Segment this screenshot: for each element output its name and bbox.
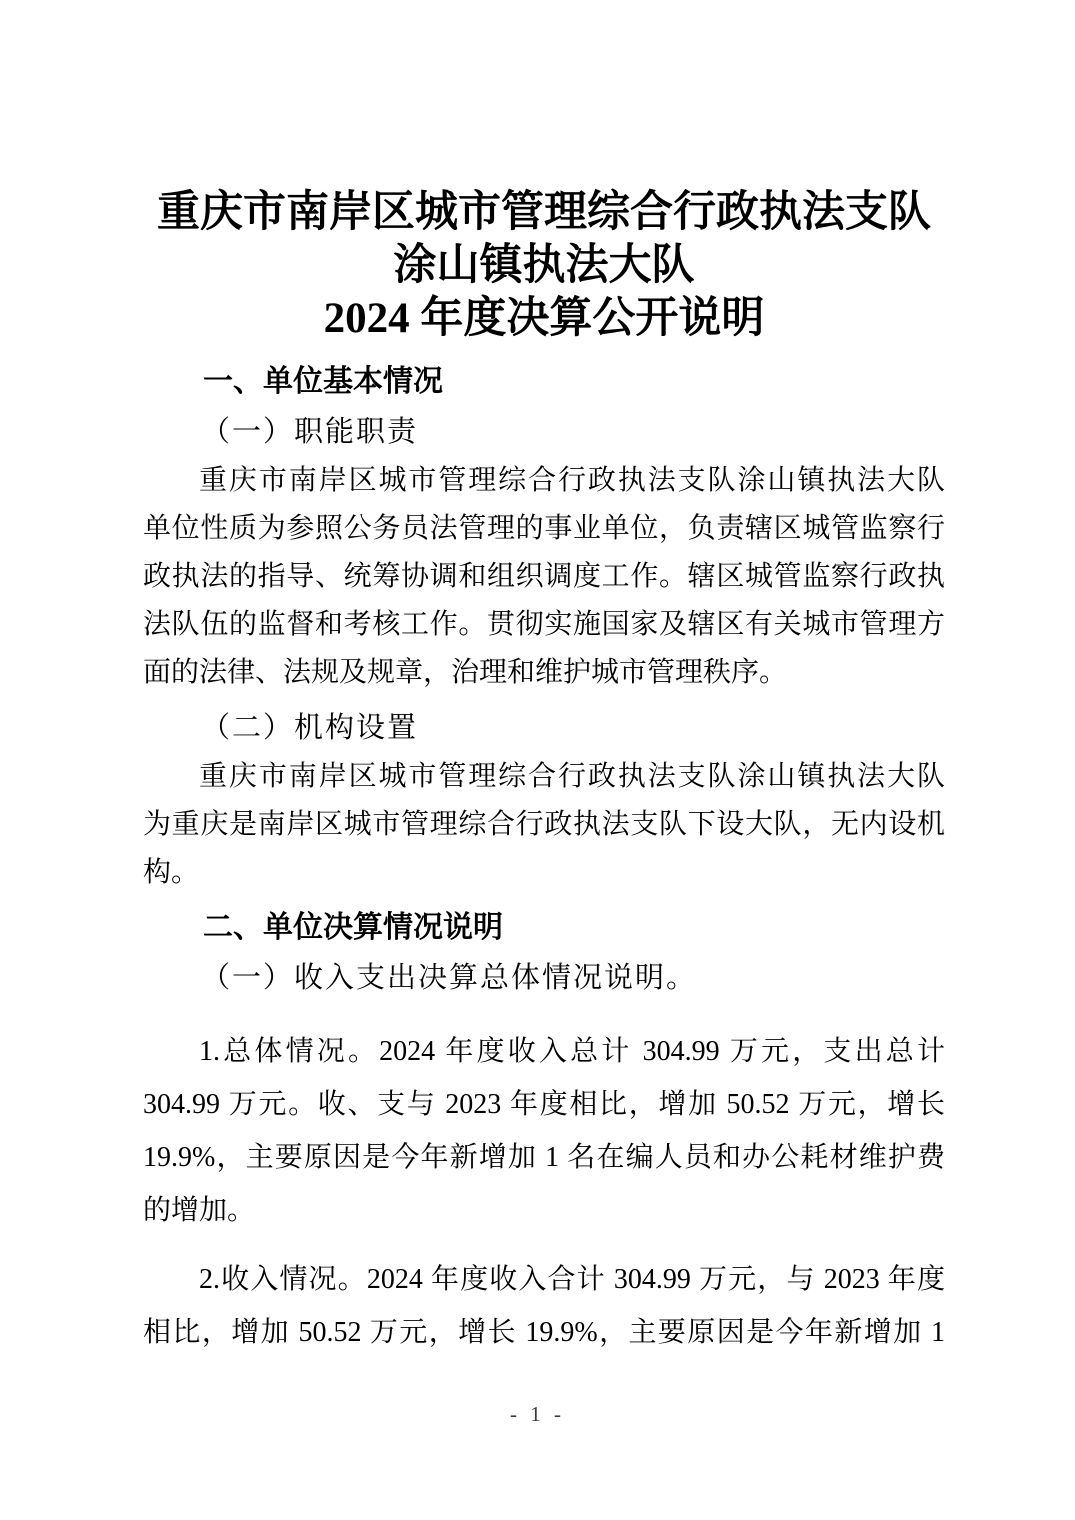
paragraph-line: 相比，增加 50.52 万元，增长 19.9%，主要原因是今年新增加 1	[143, 1306, 945, 1359]
paragraph-line: 1.总体情况。2024 年度收入总计 304.99 万元，支出总计	[143, 1025, 945, 1078]
subsection-heading-duties: （一）职能职责	[143, 407, 945, 457]
paragraph-line: 重庆市南岸区城市管理综合行政执法支队涂山镇执法大队	[143, 753, 945, 801]
paragraph-line: 2.收入情况。2024 年度收入合计 304.99 万元，与 2023 年度	[143, 1253, 945, 1306]
paragraph-line: 构。	[143, 849, 945, 897]
paragraph-overall-situation: 1.总体情况。2024 年度收入总计 304.99 万元，支出总计 304.99…	[143, 1025, 945, 1237]
subsection-heading-organization: （二）机构设置	[143, 703, 945, 753]
paragraph-line: 重庆市南岸区城市管理综合行政执法支队涂山镇执法大队	[143, 457, 945, 505]
section-heading-final-accounts: 二、单位决算情况说明	[143, 903, 945, 953]
title-line-1: 重庆市南岸区城市管理综合行政执法支队	[143, 186, 945, 239]
paragraph-duties: 重庆市南岸区城市管理综合行政执法支队涂山镇执法大队 单位性质为参照公务员法管理的…	[143, 457, 945, 697]
paragraph-income-situation: 2.收入情况。2024 年度收入合计 304.99 万元，与 2023 年度 相…	[143, 1253, 945, 1359]
subsection-heading-income-expenditure-overview: （一）收入支出决算总体情况说明。	[143, 953, 945, 1003]
paragraph-line: 的增加。	[143, 1184, 945, 1237]
paragraph-line: 单位性质为参照公务员法管理的事业单位，负责辖区城管监察行	[143, 505, 945, 553]
section-heading-unit-basic-info: 一、单位基本情况	[143, 357, 945, 407]
document-page: 重庆市南岸区城市管理综合行政执法支队 涂山镇执法大队 2024 年度决算公开说明…	[0, 0, 1075, 1520]
title-line-2: 涂山镇执法大队	[143, 239, 945, 292]
paragraph-line: 304.99 万元。收、支与 2023 年度相比，增加 50.52 万元，增长	[143, 1078, 945, 1131]
paragraph-line: 为重庆是南岸区城市管理综合行政执法支队下设大队，无内设机	[143, 801, 945, 849]
paragraph-line: 政执法的指导、统筹协调和组织调度工作。辖区城管监察行政执	[143, 553, 945, 601]
paragraph-line: 19.9%，主要原因是今年新增加 1 名在编人员和办公耗材维护费	[143, 1131, 945, 1184]
document-content: 重庆市南岸区城市管理综合行政执法支队 涂山镇执法大队 2024 年度决算公开说明…	[143, 0, 945, 1359]
paragraph-line: 面的法律、法规及规章，治理和维护城市管理秩序。	[143, 649, 945, 697]
title-line-3: 2024 年度决算公开说明	[143, 292, 945, 345]
page-number: - 1 -	[0, 1402, 1075, 1427]
paragraph-line: 法队伍的监督和考核工作。贯彻实施国家及辖区有关城市管理方	[143, 601, 945, 649]
document-title: 重庆市南岸区城市管理综合行政执法支队 涂山镇执法大队 2024 年度决算公开说明	[143, 186, 945, 345]
paragraph-organization: 重庆市南岸区城市管理综合行政执法支队涂山镇执法大队 为重庆是南岸区城市管理综合行…	[143, 753, 945, 897]
